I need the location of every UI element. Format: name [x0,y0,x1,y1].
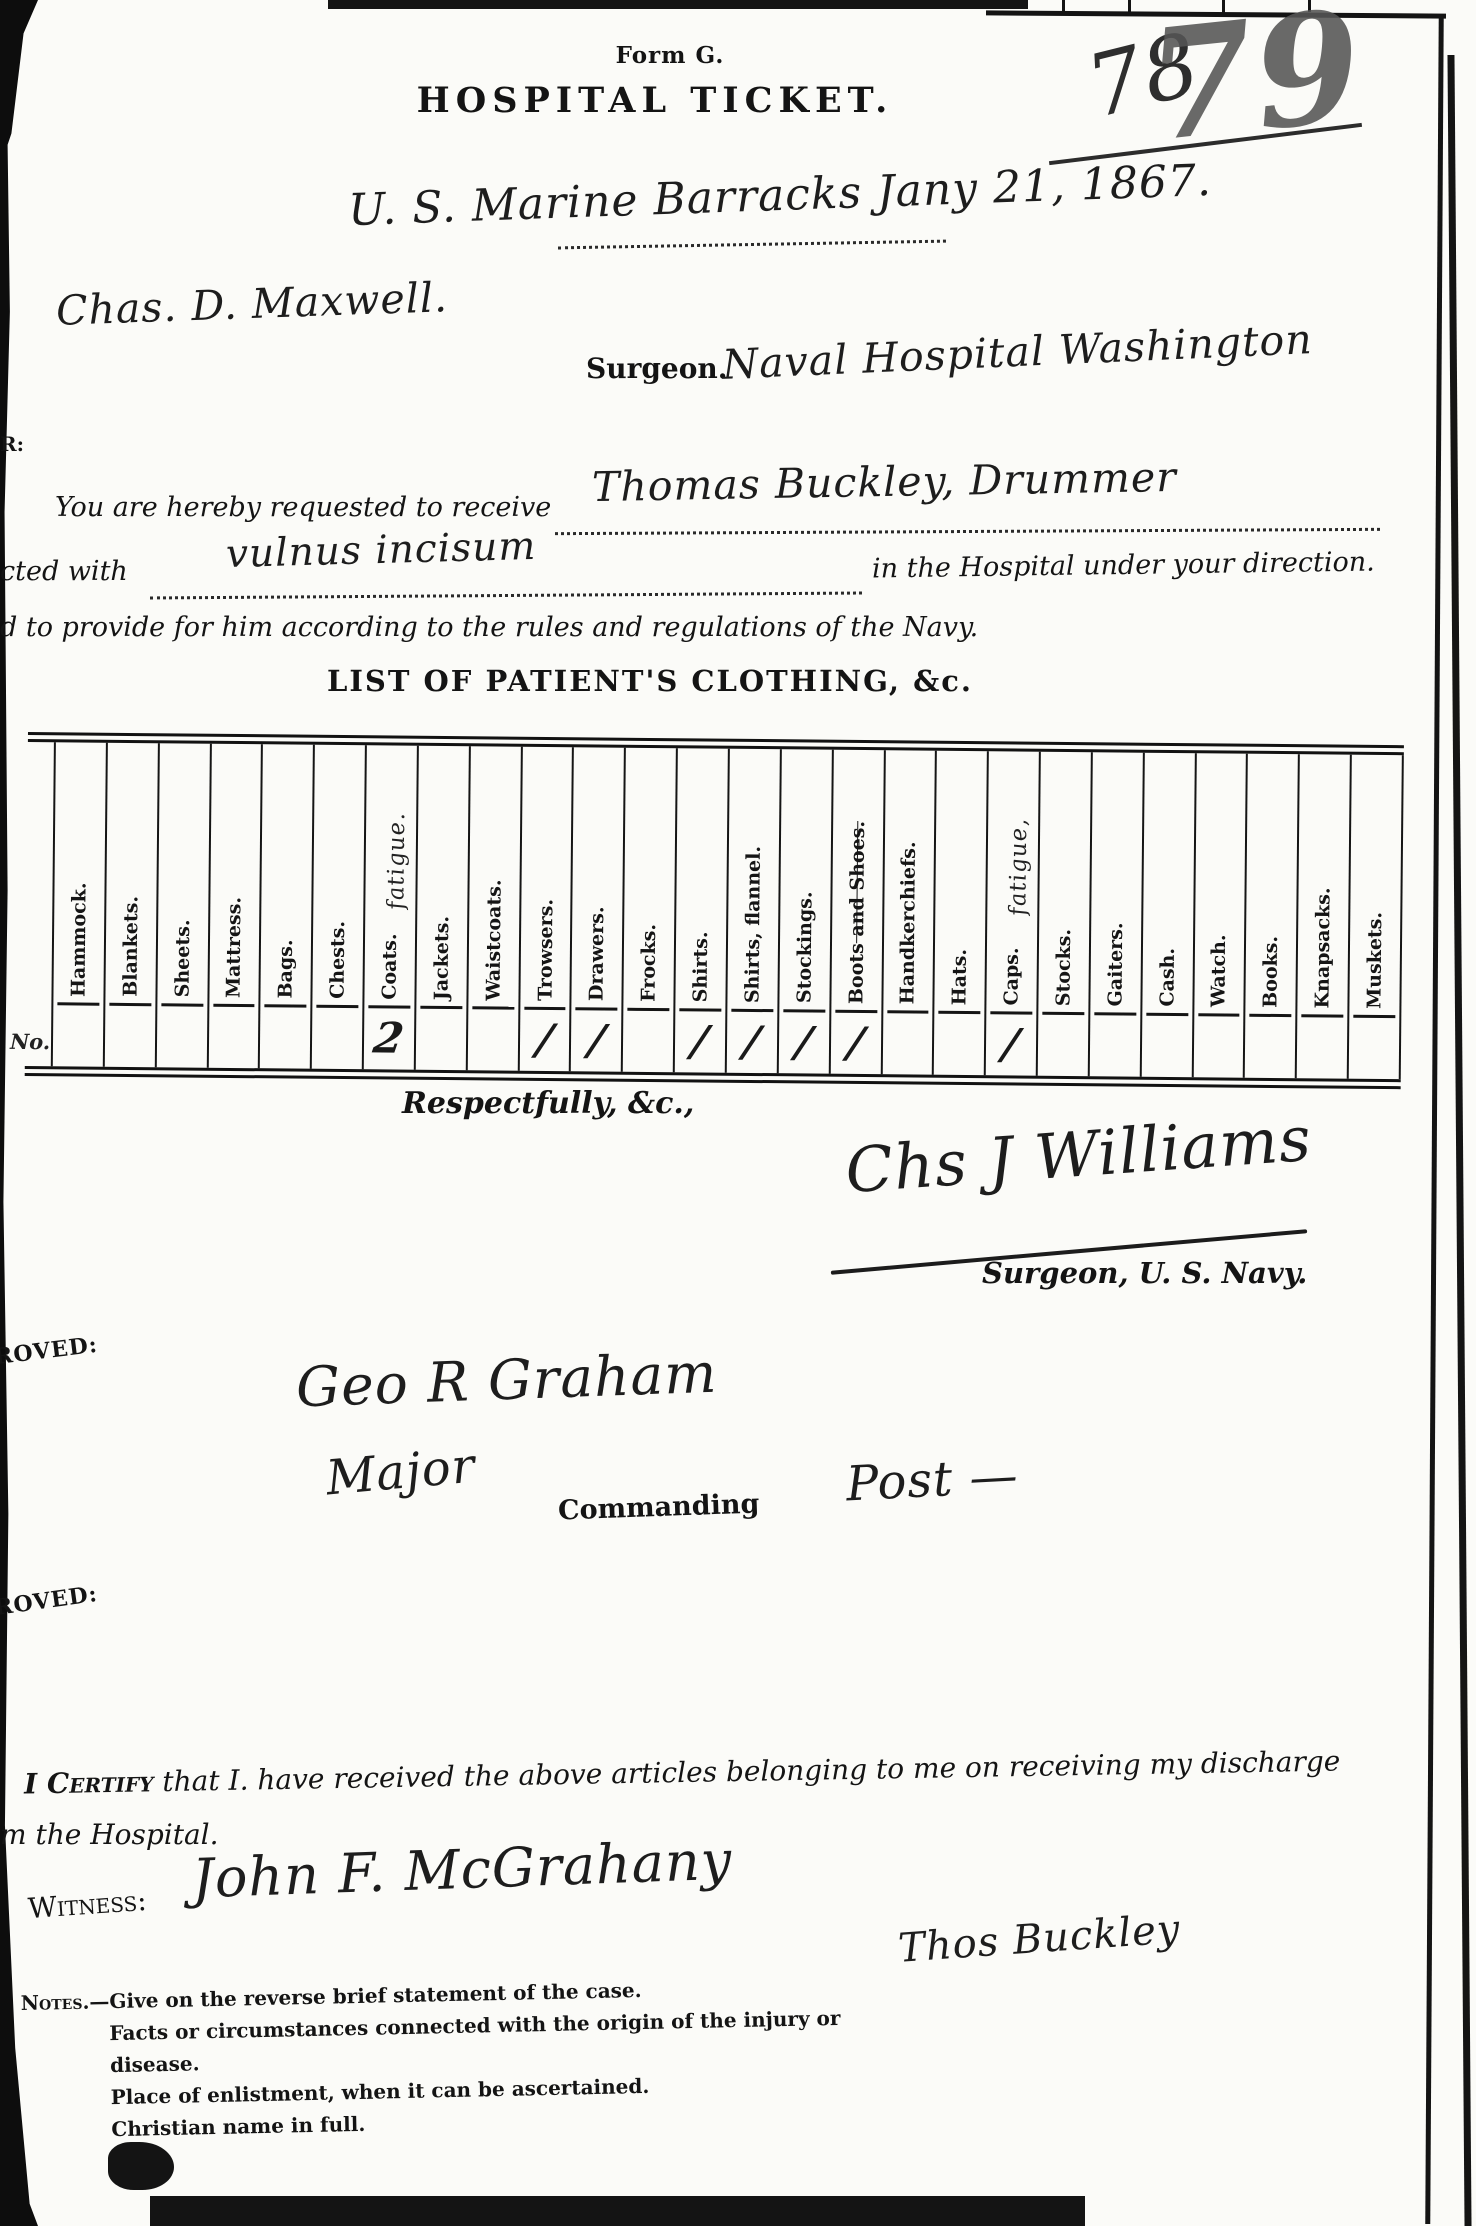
rank-text: Major [324,1438,478,1507]
stub-value-cell: No. [25,1002,52,1066]
surgeon-title-printed: Surgeon, U. S. Navy. [982,1256,1307,1290]
dateline-text: U. S. Marine Barracks Jany 21, 1867. [347,155,1212,236]
column-quantity-mark: / [844,1017,867,1066]
column-label: Jackets. [430,916,453,1000]
column-quantity-cell: 2 [364,1005,414,1069]
column-label: Sheets. [171,920,194,998]
stub-head [25,742,53,1002]
column-label: Mattress. [223,897,246,998]
column-label: Cash. [1156,948,1179,1007]
direction-text: in the Hospital under your direction. [872,546,1375,584]
column-header: Coats.fatigue. [364,745,416,1005]
commanding-printed: Commanding [558,1488,760,1526]
column-quantity-cell [416,1006,466,1070]
column-label: Hats. [949,948,972,1005]
request-line-printed: You are hereby requested to receive [55,492,551,523]
scan-tickmark-2 [1128,0,1131,13]
witness-signature: John F. McGrahany [191,1829,733,1911]
column-header: Shirts, flannel. [727,749,779,1009]
clothing-column-8: Jackets. [414,746,469,1070]
dateline-handwritten: U. S. Marine Barracks Jany 21, 1867. [347,155,1212,236]
dateline-dotted-rule [558,240,946,250]
column-header: Hats. [935,751,987,1011]
diagnosis-handwritten: vulnus incisum [225,524,536,577]
request-line-text: You are hereby requested to receive [55,492,551,523]
column-label: Gaiters. [1104,922,1127,1006]
row-label-no: No. [10,1029,50,1054]
column-label: Chests. [327,921,350,999]
clothing-columns: No. Hammock.Blankets.Sheets.Mattress.Bag… [25,742,1404,1079]
clothing-column-10: Trowsers./ [517,747,572,1071]
column-label: Hammock. [67,882,90,997]
post-handwritten: Post — [845,1448,1020,1513]
column-header: Muskets. [1349,755,1401,1015]
column-quantity-cell: / [519,1007,569,1071]
column-quantity-mark: / [689,1016,712,1065]
column-label: Bags. [275,939,298,998]
column-label: Books. [1260,936,1283,1008]
clothing-column-25: Knapsacks. [1295,754,1350,1078]
clothing-list-title-text: LIST OF PATIENT'S CLOTHING, &c. [327,664,973,698]
patient-name-handwritten: Thomas Buckley, Drummer [592,453,1178,511]
approved-stamp-2: ROVED: [0,1581,99,1621]
approved-stamp-1-text: ROVED: [0,1332,99,1370]
column-header: Caps.fatigue, [987,751,1039,1011]
column-header: Jackets. [416,746,468,1006]
certify-lead: I Certify [24,1765,154,1800]
post-text: Post — [845,1448,1020,1513]
column-header: Shirts. [676,748,728,1008]
column-quantity-cell [156,1003,206,1067]
clothing-column-21: Gaiters. [1088,752,1143,1076]
patient-name-text: Thomas Buckley, Drummer [592,453,1178,511]
clothing-list-title: LIST OF PATIENT'S CLOTHING, &c. [320,664,980,698]
page-title-text: HOSPITAL TICKET. [417,80,894,121]
notes-label: Notes. [21,1990,90,2015]
column-header: Mattress. [209,744,261,1004]
clothing-column-9: Waistcoats. [466,746,521,1070]
column-quantity-cell [934,1011,984,1075]
column-quantity-mark: / [533,1014,556,1063]
addressee-station-text: Naval Hospital Washington [721,315,1313,389]
column-label: Trowsers. [534,899,557,1001]
clothing-column-1: Hammock. [51,742,106,1066]
column-quantity-mark: / [741,1016,764,1065]
column-note-handwritten: fatigue. [383,811,410,911]
column-header: Blankets. [105,743,157,1003]
column-label: Shirts. [689,932,712,1003]
clothing-column-13: Shirts./ [673,748,728,1072]
column-header: Handkerchiefs. [883,750,935,1010]
clothing-table: No. Hammock.Blankets.Sheets.Mattress.Bag… [25,732,1404,1089]
row-label-stub: No. [25,742,54,1066]
clothing-column-26: Muskets. [1347,755,1402,1079]
hospital-ticket-document: Form G. HOSPITAL TICKET. U. S. Marine Ba… [0,0,1476,2226]
column-label: Stocks. [1052,929,1075,1006]
surgeon-signature: Chs J Williams [843,1102,1314,1207]
patient-signature-text: Thos Buckley [897,1906,1182,1972]
column-label: Stockings. [793,892,816,1004]
clothing-column-17: Handkerchiefs. [880,750,935,1074]
certify-text-2: m the Hospital. [0,1818,219,1851]
clothing-column-3: Sheets. [154,743,209,1067]
column-label: Caps. [1001,947,1024,1005]
scan-border-right-1 [1425,14,1444,2224]
witness-label-text: Witness: [27,1884,148,1925]
patient-signature: Thos Buckley [897,1906,1182,1972]
column-quantity-cell [105,1003,155,1067]
clothing-column-23: Watch. [1191,753,1246,1077]
column-label: Knapsacks. [1312,887,1335,1008]
column-header: Stockings. [779,749,831,1009]
approved-stamp-1: ROVED: [0,1332,99,1370]
column-header: Trowsers. [520,747,572,1007]
scan-border-right-2 [1447,55,1471,2226]
surgeon-signature-text: Chs J Williams [843,1102,1314,1207]
column-header: Chests. [313,745,365,1005]
column-header: Boots and Shoes. [831,750,883,1010]
column-quantity-cell: / [830,1010,880,1074]
clothing-column-6: Chests. [310,745,365,1069]
notes-block: Notes.—Give on the reverse brief stateme… [20,1969,883,2147]
direction-printed: in the Hospital under your direction. [872,546,1375,584]
page-title: HOSPITAL TICKET. [370,80,940,121]
column-label: Watch. [1208,935,1231,1008]
column-quantity-cell [1141,1013,1191,1077]
addressee-name-handwritten: Chas. D. Maxwell. [55,273,448,335]
certify-text: that I. have received the above articles… [162,1745,1341,1799]
column-quantity-cell [208,1004,258,1068]
diagnosis-rule [150,592,862,600]
clothing-column-19: Caps.fatigue,/ [984,751,1039,1075]
column-header: Bags. [261,744,313,1004]
certify-line-2: m the Hospital. [0,1818,219,1851]
clothing-column-7: Coats.fatigue.2 [362,745,417,1069]
column-header: Gaiters. [1090,752,1142,1012]
column-quantity-mark: / [585,1015,608,1064]
certify-line: I Certify that I. have received the abov… [24,1745,1341,1801]
scan-blob-bottom-left [108,2142,174,2190]
column-quantity-cell [1038,1012,1088,1076]
clothing-column-24: Books. [1243,754,1298,1078]
column-label: Frocks. [638,924,661,1002]
column-header: Knapsacks. [1298,754,1350,1014]
column-quantity-mark: / [1000,1019,1023,1068]
addressee-title-printed: Surgeon. [586,352,728,385]
column-header: Frocks. [624,748,676,1008]
scan-tickmarks-top [1062,0,1065,15]
column-label: Muskets. [1363,912,1386,1009]
respectfully-text: Respectfully, &c., [402,1086,694,1121]
column-header: Books. [1246,754,1298,1014]
commanding-text: Commanding [558,1488,760,1526]
respectfully-line: Respectfully, &c., [402,1086,694,1121]
scan-edge-bottom [150,2196,1085,2226]
column-quantity-cell [53,1002,103,1066]
column-label: Shirts, flannel. [741,846,765,1003]
addressee-station-handwritten: Naval Hospital Washington [721,315,1313,389]
surgeon-title-text: Surgeon, U. S. Navy. [982,1256,1307,1290]
column-quantity-cell [1245,1014,1295,1078]
column-note-handwritten: fatigue, [1005,817,1032,917]
column-quantity-mark: / [792,1017,815,1066]
column-quantity-mark: 2 [371,1013,408,1062]
clothing-column-11: Drawers./ [569,747,624,1071]
approving-officer-signature-text: Geo R Graham [295,1341,718,1420]
column-quantity-cell: / [779,1009,829,1073]
witness-label: Witness: [27,1884,148,1925]
form-label: Form G. [560,42,780,69]
salutation-fragment: R: [0,432,24,456]
scan-edge-top [328,0,1028,9]
rank-handwritten: Major [324,1438,478,1507]
column-label: Blankets. [119,896,142,997]
notes-line-2-text: Facts or circumstances connected with th… [109,2006,840,2077]
column-quantity-cell [882,1010,932,1074]
column-label: Waistcoats. [482,879,505,1001]
column-quantity-cell [623,1008,673,1072]
clothing-column-12: Frocks. [621,748,676,1072]
provide-line-printed: d to provide for him according to the ru… [0,612,978,643]
column-quantity-cell [1349,1015,1399,1079]
addressee-name-text: Chas. D. Maxwell. [55,273,448,335]
salutation-text: R: [0,432,24,456]
column-quantity-cell: / [986,1011,1036,1075]
clothing-column-18: Hats. [932,751,987,1075]
column-header: Stocks. [1038,752,1090,1012]
column-quantity-cell [312,1005,362,1069]
column-quantity-cell [1297,1014,1347,1078]
clothing-column-16: Boots and Shoes./ [828,750,883,1074]
column-header: Waistcoats. [468,746,520,1006]
column-quantity-cell: / [571,1007,621,1071]
clothing-column-14: Shirts, flannel./ [725,749,780,1073]
column-label: Coats. [378,933,401,999]
column-quantity-cell [468,1006,518,1070]
affected-with-text: cted with [0,556,128,587]
clothing-column-22: Cash. [1139,753,1194,1077]
form-label-text: Form G. [616,42,725,69]
affected-with-fragment: cted with [0,556,128,587]
approving-officer-signature: Geo R Graham [295,1341,718,1420]
column-quantity-cell [1090,1012,1140,1076]
clothing-column-4: Mattress. [206,744,261,1068]
notes-line-4-text: Christian name in full. [111,2112,365,2141]
clothing-column-5: Bags. [258,744,313,1068]
column-quantity-cell: / [727,1009,777,1073]
column-header: Drawers. [572,747,624,1007]
column-label: Handkerchiefs. [897,842,921,1005]
addressee-title-text: Surgeon. [586,352,728,385]
column-label: Boots and Shoes. [845,821,869,1004]
column-quantity-cell [1193,1013,1243,1077]
column-label: Drawers. [586,907,609,1002]
column-header: Watch. [1194,753,1246,1013]
patient-name-rule [555,528,1380,535]
column-quantity-cell: / [675,1008,725,1072]
provide-line-text: d to provide for him according to the ru… [0,612,978,643]
column-header: Hammock. [53,742,105,1002]
column-label-struck: and Shoes. [846,821,869,943]
clothing-column-2: Blankets. [103,743,158,1067]
clothing-column-15: Stockings./ [777,749,832,1073]
approved-stamp-2-text: ROVED: [0,1581,99,1621]
diagnosis-text: vulnus incisum [225,524,536,577]
column-header: Sheets. [157,743,209,1003]
witness-signature-text: John F. McGrahany [191,1829,733,1911]
column-quantity-cell [260,1004,310,1068]
clothing-column-20: Stocks. [1036,752,1091,1076]
column-header: Cash. [1142,753,1194,1013]
